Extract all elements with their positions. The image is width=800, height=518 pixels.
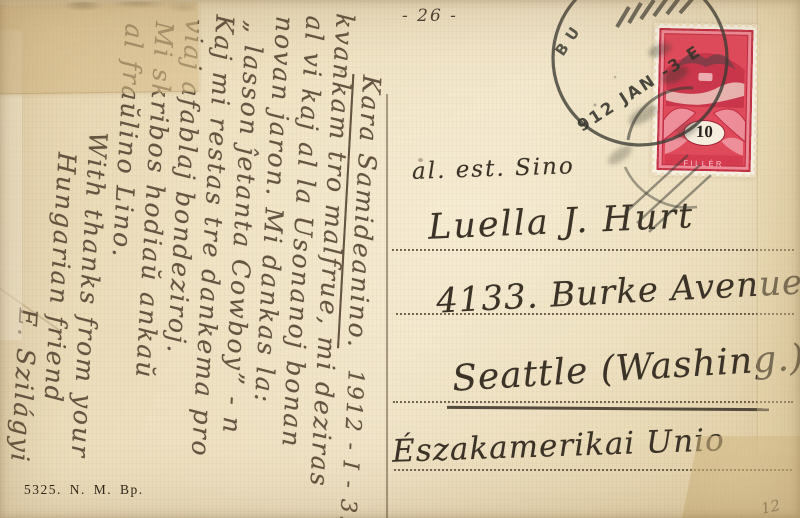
tape-top-left: [0, 3, 199, 95]
stain-fleck: [340, 70, 343, 73]
right-edge-strip: [757, 0, 800, 455]
pencil-note: 12: [759, 496, 781, 518]
address-ruled-line: [393, 401, 793, 403]
address-country: Északamerikai Unio: [391, 422, 725, 470]
page-number: - 26 -: [402, 6, 458, 26]
address-divider-line: [386, 94, 388, 518]
printer-mark: 5325. N. M. Bp.: [24, 482, 144, 498]
postcard: Kara Samideanino.1912 - I - 3. kvankam t…: [0, 0, 800, 518]
address-city: Seattle (Washing.): [451, 337, 800, 399]
tape-bottom-right: [682, 436, 800, 518]
message-date: 1912 - I - 3.: [334, 369, 368, 518]
stain-fleck: [560, 300, 564, 303]
city-underline: [447, 406, 769, 411]
stain-fleck: [20, 422, 24, 426]
stain-fleck: [418, 158, 423, 162]
